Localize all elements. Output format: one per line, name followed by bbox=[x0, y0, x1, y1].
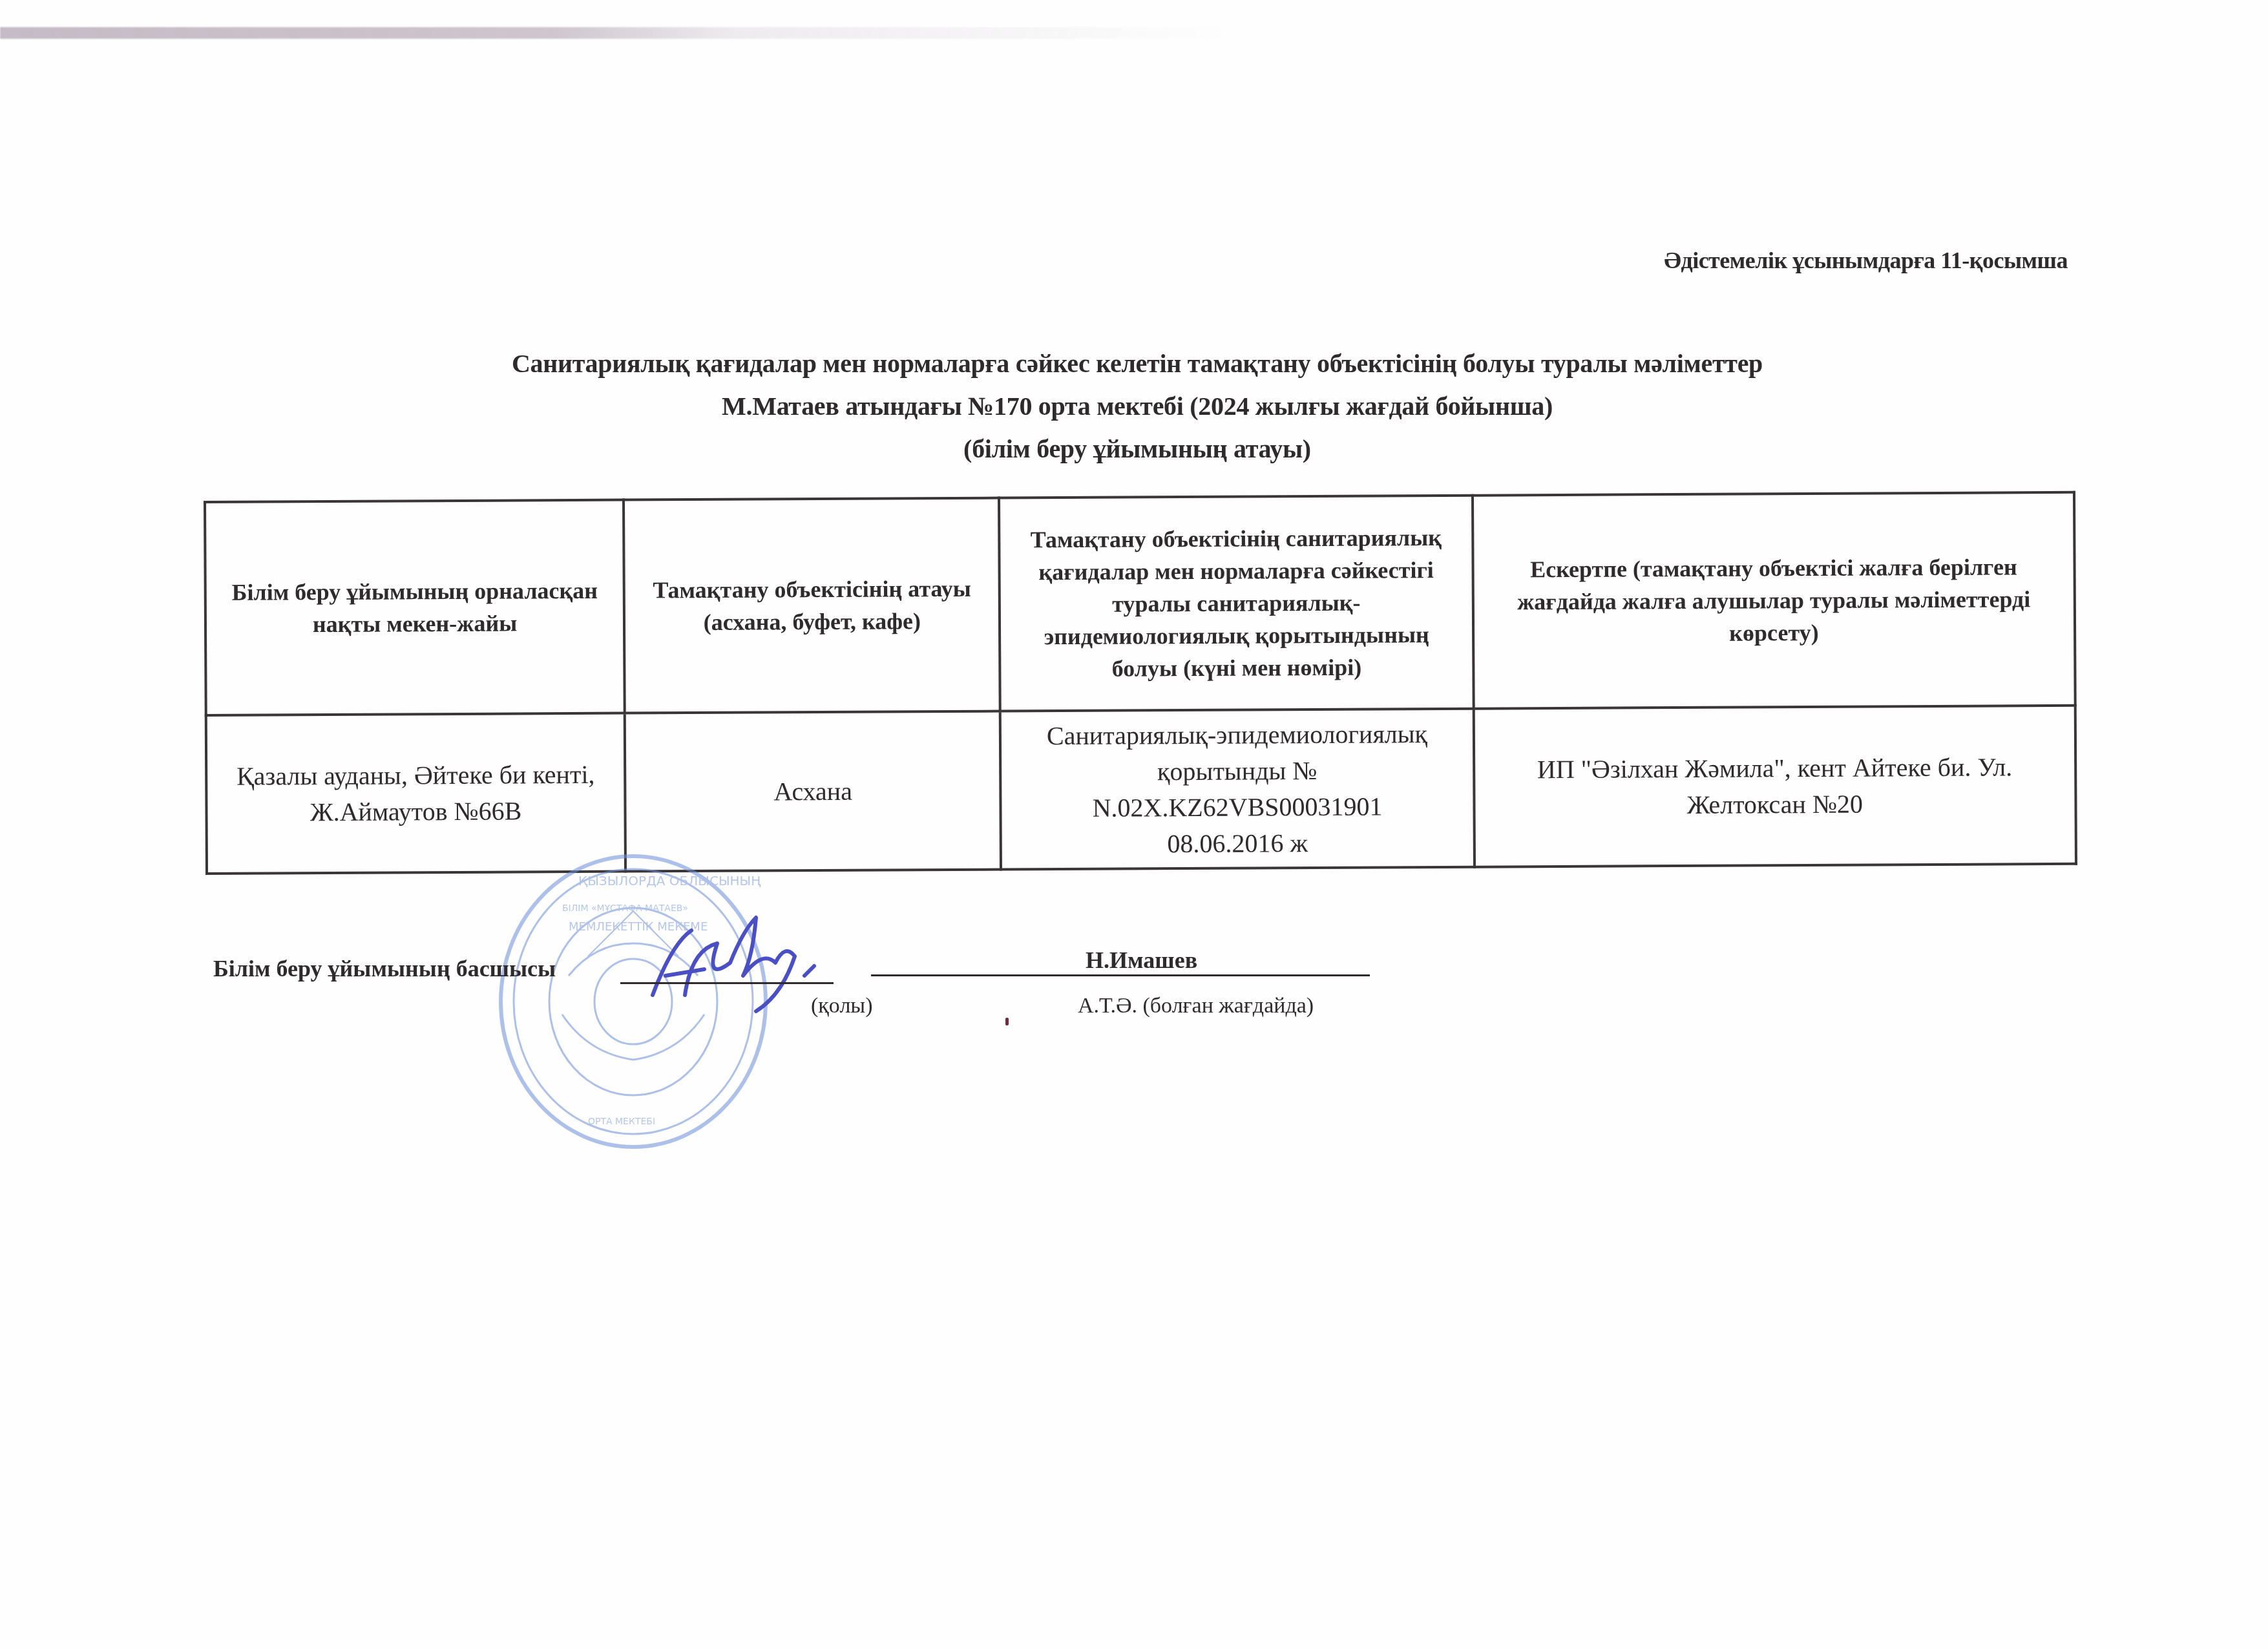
name-line bbox=[871, 974, 1370, 976]
table-header-row: Білім беру ұйымының орналасқан нақты мек… bbox=[205, 492, 2075, 715]
svg-text:ОРТА МЕКТЕБІ: ОРТА МЕКТЕБІ bbox=[588, 1117, 655, 1127]
header-sanitary-conclusion: Тамақтану объектісінің санитариялық қағи… bbox=[999, 496, 1473, 711]
ink-speck bbox=[1005, 1018, 1009, 1025]
title-line-2: М.Матаев атындағы №170 орта мектебі (202… bbox=[194, 385, 2081, 428]
cell-conclusion: Санитариялық-эпидемиологиялық қорытынды … bbox=[1000, 709, 1474, 870]
head-of-organization-label: Білім беру ұйымының басшысы bbox=[213, 955, 556, 982]
name-caption: А.Т.Ә. (болған жағдайда) bbox=[1078, 994, 1314, 1018]
header-address: Білім беру ұйымының орналасқан нақты мек… bbox=[205, 500, 625, 715]
conclusion-line: Санитариялық-эпидемиологиялық bbox=[1011, 715, 1463, 754]
signature-caption: (қолы) bbox=[811, 994, 873, 1018]
conclusion-date: 08.06.2016 ж bbox=[1011, 824, 1464, 863]
signature-line bbox=[620, 982, 834, 984]
title-line-3: (білім беру ұйымының атауы) bbox=[194, 428, 2081, 470]
document-title: Санитариялық қағидалар мен нормаларға сә… bbox=[194, 342, 2081, 470]
svg-text:ҚЫЗЫЛОРДА ОБЛЫСЫНЫҢ: ҚЫЗЫЛОРДА ОБЛЫСЫНЫҢ bbox=[578, 873, 761, 888]
header-facility-name: Тамақтану объектісінің атауы (асхана, бу… bbox=[624, 498, 1000, 713]
head-name: Н.Имашев bbox=[1086, 947, 1197, 974]
conclusion-number: N.02X.KZ62VBS00031901 bbox=[1011, 788, 1464, 826]
appendix-label: Әдістемелік ұсынымдарға 11-қосымша bbox=[1664, 247, 2068, 274]
scan-artifact-streak bbox=[0, 27, 1228, 39]
title-line-1: Санитариялық қағидалар мен нормаларға сә… bbox=[194, 342, 2081, 385]
cell-note: ИП "Әзілхан Жәмила", кент Айтеке би. Ул.… bbox=[1473, 706, 2076, 867]
table-row: Қазалы ауданы, Әйтеке би кенті, Ж.Аймаут… bbox=[206, 706, 2076, 874]
conclusion-line: қорытынды № bbox=[1011, 751, 1464, 790]
header-note: Ескертпе (тамақтану объектісі жалға бері… bbox=[1473, 492, 2075, 709]
facility-table: Білім беру ұйымының орналасқан нақты мек… bbox=[204, 491, 2077, 875]
